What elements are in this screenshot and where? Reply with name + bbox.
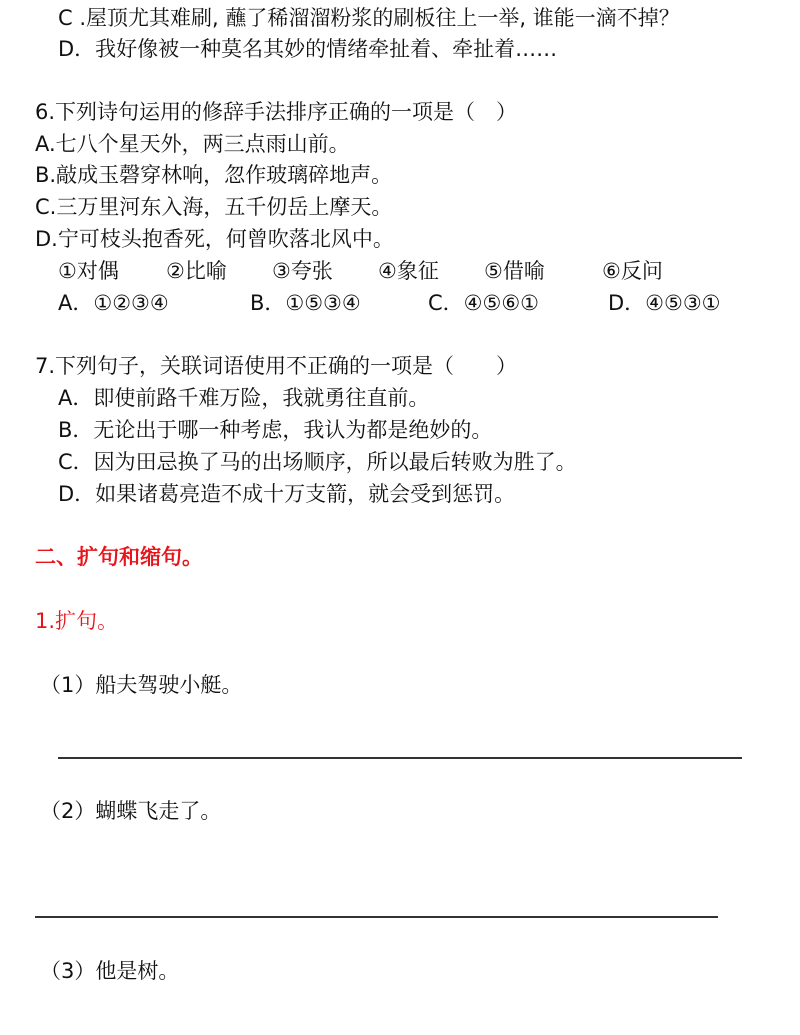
device-3: ③夸张 bbox=[272, 257, 378, 285]
expand-item-1: （1）船夫驾驶小艇。 bbox=[40, 671, 242, 699]
answer-line-1[interactable] bbox=[58, 757, 742, 759]
expand-item-3: （3）他是树。 bbox=[40, 957, 179, 985]
q6-choices: A．①②③④B．①⑤③④C．④⑤⑥①D．④⑤③① bbox=[58, 289, 720, 317]
expand-item-2: （2）蝴蝶飞走了。 bbox=[40, 797, 221, 825]
q6-devices: ①对偶②比喻③夸张④象征⑤借喻⑥反问 bbox=[58, 257, 663, 285]
q6-choice-b: B．①⑤③④ bbox=[250, 289, 428, 317]
q7-option-a: A．即使前路千难万险，我就勇往直前。 bbox=[58, 384, 429, 412]
q5-option-d: D．我好像被一种莫名其妙的情绪牵扯着、牵扯着…… bbox=[58, 35, 557, 63]
device-2: ②比喻 bbox=[166, 257, 272, 285]
q6-choice-d: D．④⑤③① bbox=[608, 289, 720, 317]
q6-line-d: D.宁可枝头抱香死，何曾吹落北风中。 bbox=[35, 225, 394, 253]
q6-choice-c: C．④⑤⑥① bbox=[428, 289, 608, 317]
q7-option-b: B．无论出于哪一种考虑，我认为都是绝妙的。 bbox=[58, 416, 492, 444]
q6-stem: 6.下列诗句运用的修辞手法排序正确的一项是（ ） bbox=[35, 98, 517, 126]
q7-stem: 7.下列句子，关联词语使用不正确的一项是（ ） bbox=[35, 352, 517, 380]
q6-line-c: C.三万里河东入海，五千仞岳上摩天。 bbox=[35, 193, 392, 221]
q6-line-b: B.敲成玉磬穿林响，忽作玻璃碎地声。 bbox=[35, 161, 392, 189]
q7-option-c: C．因为田忌换了马的出场顺序，所以最后转败为胜了。 bbox=[58, 448, 577, 476]
device-6: ⑥反问 bbox=[602, 257, 663, 285]
device-5: ⑤借喻 bbox=[484, 257, 602, 285]
device-4: ④象征 bbox=[378, 257, 484, 285]
subsection-heading: 1.扩句。 bbox=[35, 607, 118, 635]
q6-line-a: A.七八个星天外，两三点雨山前。 bbox=[35, 130, 350, 158]
answer-line-2[interactable] bbox=[35, 916, 718, 918]
section-heading: 二、扩句和缩句。 bbox=[35, 543, 203, 571]
q6-choice-a: A．①②③④ bbox=[58, 289, 250, 317]
q5-option-c: C .屋顶尤其难刷, 蘸了稀溜溜粉浆的刷板往上一举, 谁能一滴不掉？ bbox=[58, 4, 680, 32]
device-1: ①对偶 bbox=[58, 257, 166, 285]
q7-option-d: D．如果诸葛亮造不成十万支箭，就会受到惩罚。 bbox=[58, 480, 515, 508]
